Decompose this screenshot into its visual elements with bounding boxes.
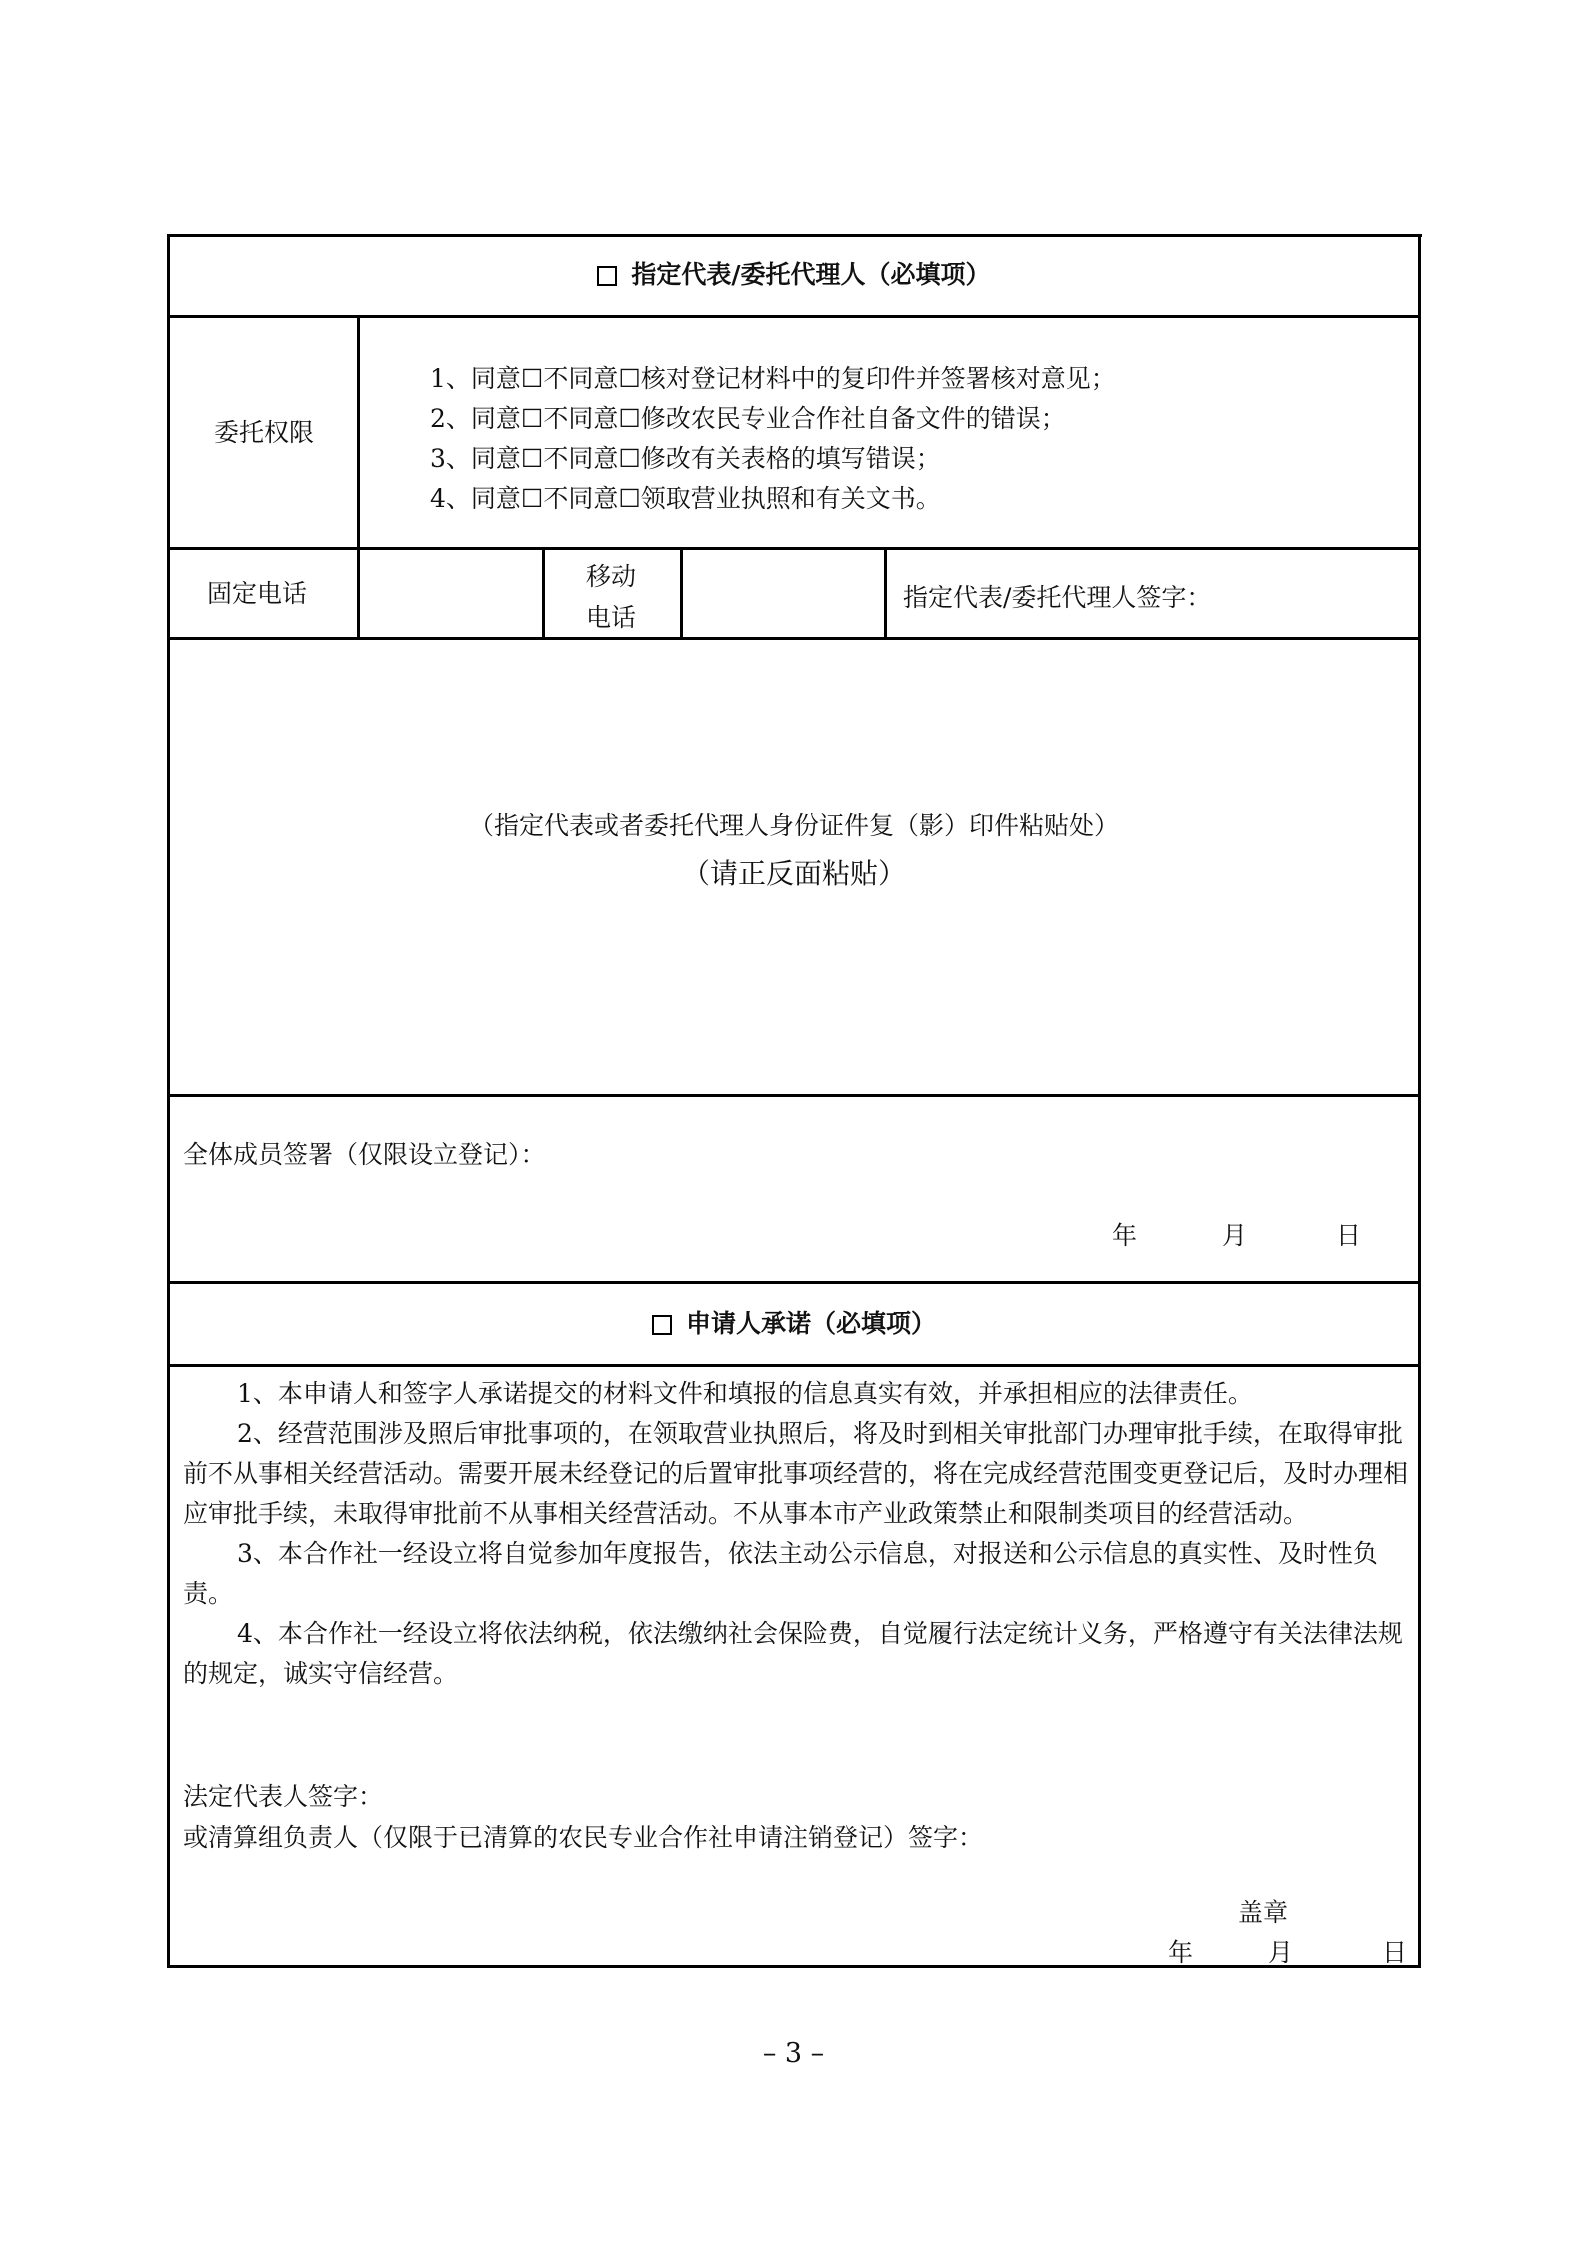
authority-item[interactable]: 3、同意☐不同意☐修改有关表格的填写错误；	[430, 439, 1116, 479]
section-header-promise: 申请人承诺（必填项）	[170, 1311, 1418, 1336]
mobile-field[interactable]	[685, 552, 882, 635]
members-date-year: 年	[1112, 1223, 1137, 1248]
promise-paragraphs: 1、本申请人和签字人承诺提交的材料文件和填报的信息真实有效，并承担相应的法律责任…	[183, 1374, 1413, 1694]
row-divider	[167, 547, 1421, 550]
id-paste-area: （指定代表或者委托代理人身份证件复（影）印件粘贴处） （请正反面粘贴）	[170, 640, 1418, 1094]
seal-label: 盖章	[1238, 1900, 1288, 1925]
landline-label: 固定电话	[207, 581, 307, 606]
legal-rep-signature-label: 法定代表人签字：	[183, 1784, 383, 1809]
table-top-border	[167, 234, 1422, 237]
promise-paragraph: 2、经营范围涉及照后审批事项的，在领取营业执照后，将及时到相关审批部门办理审批手…	[183, 1414, 1413, 1534]
authority-item[interactable]: 4、同意☐不同意☐领取营业执照和有关文书。	[430, 479, 1116, 519]
section-header-text: 指定代表/委托代理人（必填项）	[631, 260, 990, 289]
section-checkbox[interactable]	[652, 1315, 672, 1335]
promise-date-day: 日	[1382, 1940, 1407, 1965]
members-date-day: 日	[1336, 1223, 1361, 1248]
col-divider	[680, 547, 683, 640]
page-number: – 3 –	[0, 2040, 1587, 2067]
agent-signature-label: 指定代表/委托代理人签字：	[903, 585, 1211, 610]
id-paste-instruction: （指定代表或者委托代理人身份证件复（影）印件粘贴处）	[170, 813, 1418, 838]
section-header-text: 申请人承诺（必填项）	[686, 1309, 936, 1338]
section-checkbox[interactable]	[597, 266, 617, 286]
col-divider	[884, 547, 887, 640]
row-divider	[167, 1094, 1421, 1097]
promise-paragraph: 3、本合作社一经设立将自觉参加年度报告，依法主动公示信息，对报送和公示信息的真实…	[183, 1534, 1413, 1614]
table-right-border	[1418, 234, 1421, 1968]
authority-list: 1、同意☐不同意☐核对登记材料中的复印件并签署核对意见； 2、同意☐不同意☐修改…	[430, 359, 1116, 519]
promise-paragraph: 4、本合作社一经设立将依法纳税，依法缴纳社会保险费，自觉履行法定统计义务，严格遵…	[183, 1614, 1413, 1694]
mobile-label-line2: 电话	[586, 605, 636, 630]
col-divider	[542, 547, 545, 640]
mobile-label-line1: 移动	[586, 564, 636, 589]
landline-field[interactable]	[362, 552, 540, 635]
table-bottom-border	[167, 1965, 1421, 1968]
id-paste-note: （请正反面粘贴）	[170, 860, 1418, 888]
promise-date-year: 年	[1168, 1940, 1193, 1965]
authority-item[interactable]: 1、同意☐不同意☐核对登记材料中的复印件并签署核对意见；	[430, 359, 1116, 399]
row-divider	[167, 1364, 1421, 1367]
promise-date-month: 月	[1268, 1940, 1293, 1965]
section-header-agent: 指定代表/委托代理人（必填项）	[170, 262, 1418, 287]
row-divider	[167, 1281, 1421, 1284]
authority-item[interactable]: 2、同意☐不同意☐修改农民专业合作社自备文件的错误；	[430, 399, 1116, 439]
authority-label: 委托权限	[214, 420, 314, 445]
table-left-border	[167, 234, 170, 1968]
promise-paragraph: 1、本申请人和签字人承诺提交的材料文件和填报的信息真实有效，并承担相应的法律责任…	[183, 1374, 1413, 1414]
row-divider	[167, 315, 1421, 318]
members-signature-label: 全体成员签署（仅限设立登记）：	[183, 1142, 546, 1167]
col-divider	[357, 315, 360, 640]
members-date-month: 月	[1222, 1223, 1247, 1248]
liquidation-signature-label: 或清算组负责人（仅限于已清算的农民专业合作社申请注销登记）签字：	[183, 1825, 983, 1850]
